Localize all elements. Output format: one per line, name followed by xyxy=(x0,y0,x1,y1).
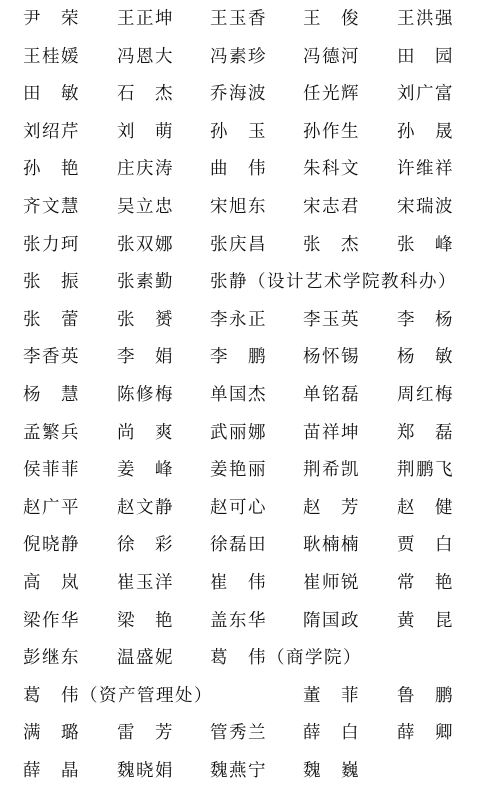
name-entry: 尹 荣 xyxy=(23,5,80,33)
name-entry: 张双娜 xyxy=(117,231,174,259)
name-entry: 姜艳丽 xyxy=(210,456,267,484)
name-entry: 尚 爽 xyxy=(117,419,174,447)
name-entry: 乔海波 xyxy=(210,80,267,108)
name-entry: 齐文慧 xyxy=(23,193,80,221)
name-entry: 郑 磊 xyxy=(397,419,454,447)
name-entry: 张庆昌 xyxy=(210,231,267,259)
name-entry: 宋志君 xyxy=(303,193,360,221)
name-entry: 刘广富 xyxy=(397,80,454,108)
name-entry: 荆鹏飞 xyxy=(397,456,454,484)
name-entry: 赵 健 xyxy=(397,494,454,522)
name-row: 赵广平 赵文静 赵可心 赵 芳 赵 健 xyxy=(0,494,480,532)
name-entry: 魏 巍 xyxy=(303,757,360,785)
name-entry: 杨 敏 xyxy=(397,343,454,371)
name-entry: 赵文静 xyxy=(117,494,174,522)
name-entry: 冯素珍 xyxy=(210,43,267,71)
name-entry: 薛 晶 xyxy=(23,757,80,785)
name-entry: 杨 慧 xyxy=(23,381,80,409)
name-row: 刘绍芹 刘 萌 孙 玉 孙作生 孙 晟 xyxy=(0,118,480,156)
name-entry: 姜 峰 xyxy=(117,456,174,484)
name-row: 满 璐 雷 芳 管秀兰 薛 白 薛 卿 xyxy=(0,719,480,757)
name-entry: 武丽娜 xyxy=(210,419,267,447)
name-entry: 孙 晟 xyxy=(397,118,454,146)
name-entry: 崔玉洋 xyxy=(117,569,174,597)
name-row: 张 蕾 张 赟 李永正 李玉英 李 杨 xyxy=(0,306,480,344)
name-row: 葛 伟（资产管理处） 董 菲 鲁 鹏 xyxy=(0,682,480,720)
name-entry: 李香英 xyxy=(23,343,80,371)
name-row: 张 振 张素勤 张静（设计艺术学院教科办） xyxy=(0,268,480,306)
name-entry: 张 杰 xyxy=(303,231,360,259)
name-entry: 满 璐 xyxy=(23,719,80,747)
name-entry: 李永正 xyxy=(210,306,267,334)
name-row: 薛 晶 魏晓娟 魏燕宁 魏 巍 xyxy=(0,757,480,795)
name-entry: 单铭磊 xyxy=(303,381,360,409)
name-entry: 赵可心 xyxy=(210,494,267,522)
name-entry: 李玉英 xyxy=(303,306,360,334)
name-entry: 吴立忠 xyxy=(117,193,174,221)
name-entry: 董 菲 xyxy=(303,682,360,710)
name-entry: 梁 艳 xyxy=(117,607,174,635)
name-entry: 薛 白 xyxy=(303,719,360,747)
name-entry: 赵广平 xyxy=(23,494,80,522)
name-row: 彭继东 温盛妮 葛 伟（商学院） xyxy=(0,644,480,682)
name-entry: 庄庆涛 xyxy=(117,155,174,183)
name-entry: 孙作生 xyxy=(303,118,360,146)
name-entry: 徐 彩 xyxy=(117,531,174,559)
name-entry: 管秀兰 xyxy=(210,719,267,747)
name-entry: 张 蕾 xyxy=(23,306,80,334)
name-entry: 田 园 xyxy=(397,43,454,71)
name-entry: 孙 艳 xyxy=(23,155,80,183)
name-entry: 葛 伟（资产管理处） xyxy=(23,682,213,710)
name-entry: 梁作华 xyxy=(23,607,80,635)
name-entry: 朱科文 xyxy=(303,155,360,183)
name-entry: 王 俊 xyxy=(303,5,360,33)
name-entry: 李 娟 xyxy=(117,343,174,371)
name-entry: 石 杰 xyxy=(117,80,174,108)
name-entry: 孙 玉 xyxy=(210,118,267,146)
name-row: 齐文慧 吴立忠 宋旭东 宋志君 宋瑞波 xyxy=(0,193,480,231)
name-entry: 周红梅 xyxy=(397,381,454,409)
name-entry: 雷 芳 xyxy=(117,719,174,747)
name-entry: 王玉香 xyxy=(210,5,267,33)
name-entry: 崔师锐 xyxy=(303,569,360,597)
name-entry: 赵 芳 xyxy=(303,494,360,522)
name-entry: 盖东华 xyxy=(210,607,267,635)
name-row: 高 岚 崔玉洋 崔 伟 崔师锐 常 艳 xyxy=(0,569,480,607)
name-entry: 葛 伟（商学院） xyxy=(210,644,362,672)
name-entry: 孟繁兵 xyxy=(23,419,80,447)
name-entry: 荆希凯 xyxy=(303,456,360,484)
name-entry: 王桂媛 xyxy=(23,43,80,71)
name-entry: 张素勤 xyxy=(117,268,174,296)
name-entry: 高 岚 xyxy=(23,569,80,597)
name-entry: 薛 卿 xyxy=(397,719,454,747)
name-entry: 耿楠楠 xyxy=(303,531,360,559)
name-entry: 魏晓娟 xyxy=(117,757,174,785)
name-row: 田 敏 石 杰 乔海波 任光辉 刘广富 xyxy=(0,80,480,118)
name-entry: 鲁 鹏 xyxy=(397,682,454,710)
name-row: 杨 慧 陈修梅 单国杰 单铭磊 周红梅 xyxy=(0,381,480,419)
name-entry: 李 鹏 xyxy=(210,343,267,371)
name-entry: 徐磊田 xyxy=(210,531,267,559)
name-entry: 苗祥坤 xyxy=(303,419,360,447)
name-row: 孟繁兵 尚 爽 武丽娜 苗祥坤 郑 磊 xyxy=(0,419,480,457)
name-entry: 任光辉 xyxy=(303,80,360,108)
name-entry: 温盛妮 xyxy=(117,644,174,672)
name-entry: 冯德河 xyxy=(303,43,360,71)
name-entry: 崔 伟 xyxy=(210,569,267,597)
name-entry: 张力珂 xyxy=(23,231,80,259)
name-entry: 刘绍芹 xyxy=(23,118,80,146)
name-entry: 张 赟 xyxy=(117,306,174,334)
name-entry: 隋国政 xyxy=(303,607,360,635)
name-entry: 宋旭东 xyxy=(210,193,267,221)
name-entry: 魏燕宁 xyxy=(210,757,267,785)
name-row: 梁作华 梁 艳 盖东华 隋国政 黄 昆 xyxy=(0,607,480,645)
name-entry: 陈修梅 xyxy=(117,381,174,409)
name-entry: 李 杨 xyxy=(397,306,454,334)
name-entry: 宋瑞波 xyxy=(397,193,454,221)
name-entry: 曲 伟 xyxy=(210,155,267,183)
names-list: 尹 荣 王正坤 王玉香 王 俊 王洪强 王桂媛 冯恩大 冯素珍 冯德河 田 园 … xyxy=(0,5,480,794)
name-entry: 彭继东 xyxy=(23,644,80,672)
name-entry: 侯菲菲 xyxy=(23,456,80,484)
name-entry: 张静（设计艺术学院教科办） xyxy=(210,268,457,296)
name-row: 王桂媛 冯恩大 冯素珍 冯德河 田 园 xyxy=(0,43,480,81)
name-entry: 张 振 xyxy=(23,268,80,296)
name-row: 李香英 李 娟 李 鹏 杨怀锡 杨 敏 xyxy=(0,343,480,381)
name-entry: 张 峰 xyxy=(397,231,454,259)
name-row: 孙 艳 庄庆涛 曲 伟 朱科文 许维祥 xyxy=(0,155,480,193)
name-entry: 贾 白 xyxy=(397,531,454,559)
name-entry: 黄 昆 xyxy=(397,607,454,635)
name-entry: 杨怀锡 xyxy=(303,343,360,371)
name-entry: 王正坤 xyxy=(117,5,174,33)
name-entry: 许维祥 xyxy=(397,155,454,183)
name-row: 侯菲菲 姜 峰 姜艳丽 荆希凯 荆鹏飞 xyxy=(0,456,480,494)
name-entry: 王洪强 xyxy=(397,5,454,33)
name-row: 倪晓静 徐 彩 徐磊田 耿楠楠 贾 白 xyxy=(0,531,480,569)
name-entry: 倪晓静 xyxy=(23,531,80,559)
name-entry: 刘 萌 xyxy=(117,118,174,146)
name-entry: 田 敏 xyxy=(23,80,80,108)
name-entry: 冯恩大 xyxy=(117,43,174,71)
name-row: 尹 荣 王正坤 王玉香 王 俊 王洪强 xyxy=(0,5,480,43)
name-entry: 单国杰 xyxy=(210,381,267,409)
name-row: 张力珂 张双娜 张庆昌 张 杰 张 峰 xyxy=(0,231,480,269)
name-entry: 常 艳 xyxy=(397,569,454,597)
